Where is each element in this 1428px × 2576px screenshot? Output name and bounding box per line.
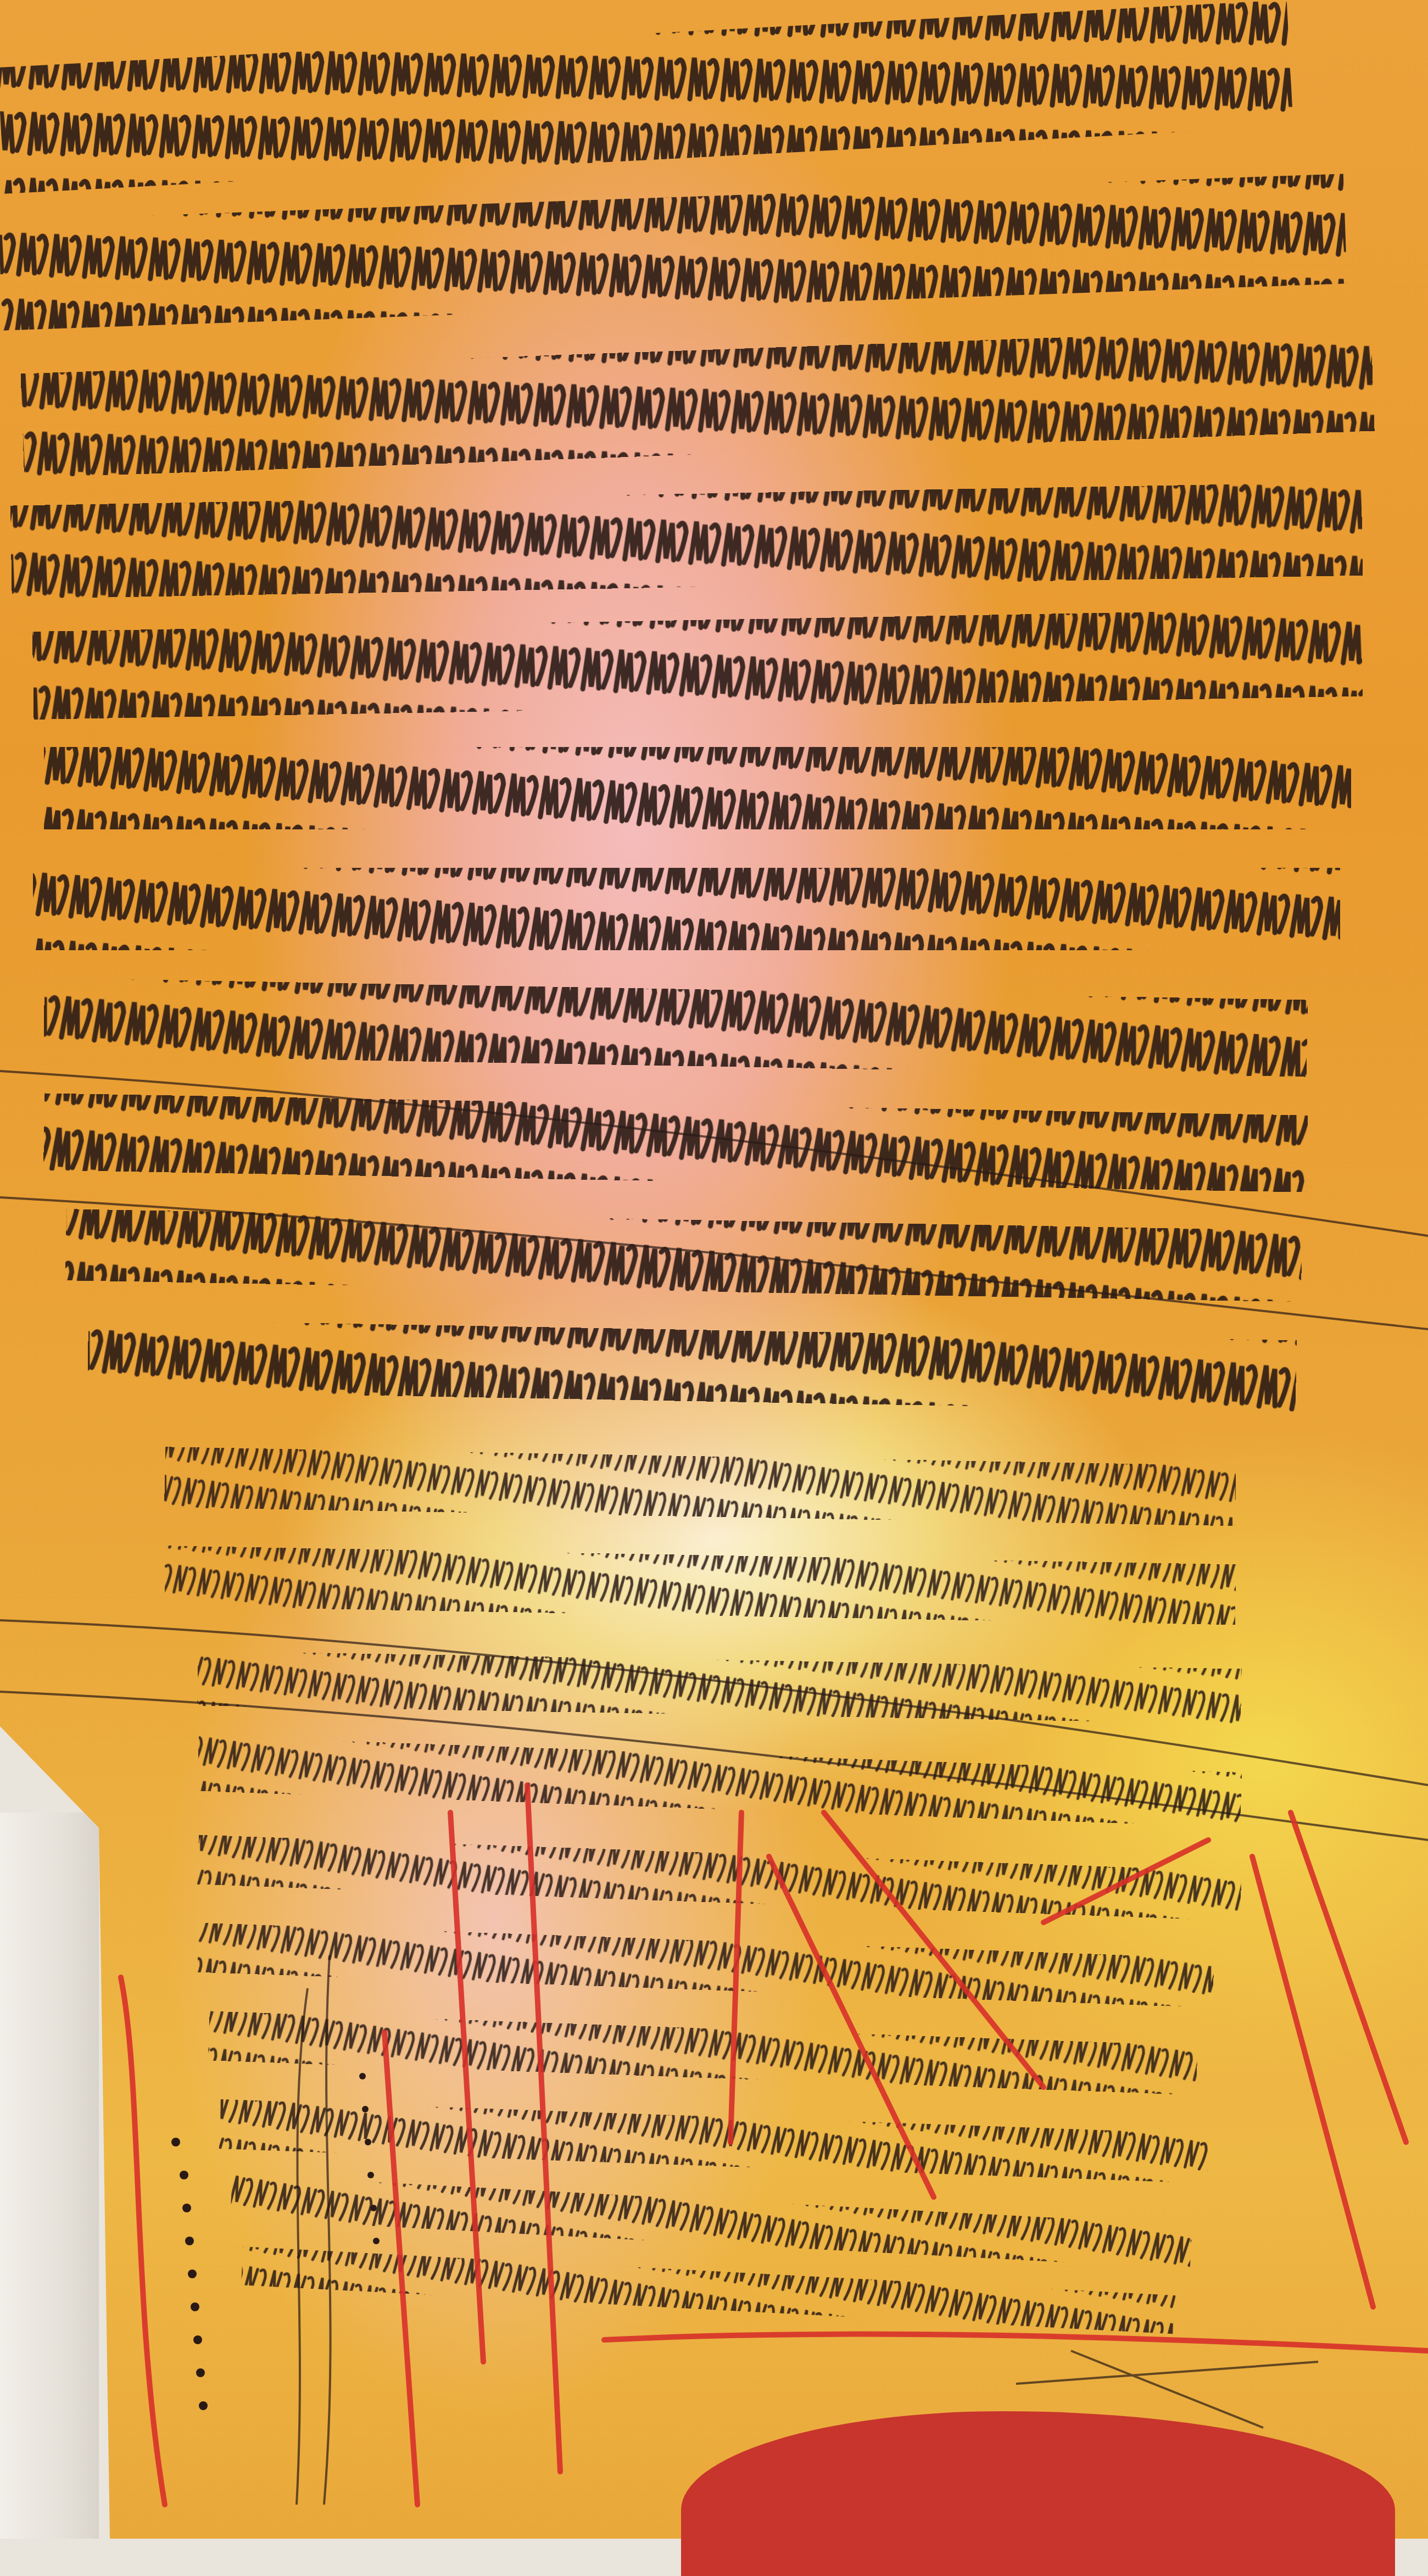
asemic-script-lower: [164, 1447, 1242, 2334]
ink-marks-layer: [0, 0, 1428, 2539]
asemic-script-upper: [0, 0, 1375, 1412]
